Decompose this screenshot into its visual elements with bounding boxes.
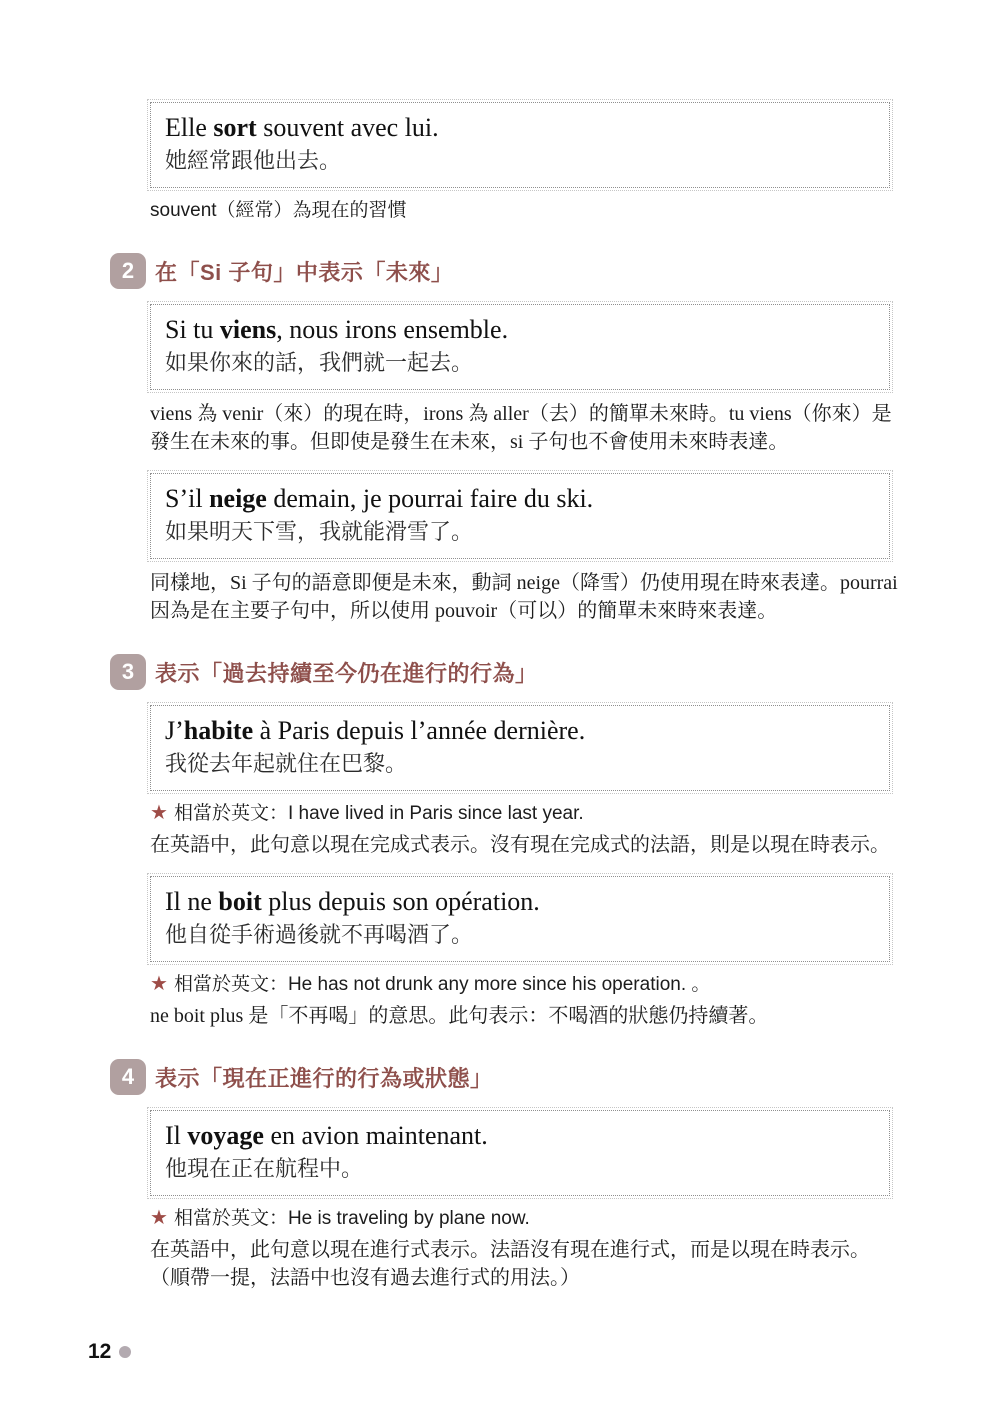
- example-box: S’il neige demain, je pourrai faire du s…: [150, 473, 890, 559]
- example-box: Il voyage en avion maintenant. 他現在正在航程中。: [150, 1110, 890, 1196]
- section-title: 在「Si 子句」中表示「未來」: [155, 256, 453, 287]
- page-number-dot: [119, 1346, 131, 1358]
- grammar-note: viens 為 venir（來）的現在時，irons 為 aller（去）的簡單…: [150, 400, 898, 456]
- french-sentence: Elle sort souvent avec lui.: [165, 111, 873, 145]
- french-sentence: Si tu viens, nous irons ensemble.: [165, 313, 873, 347]
- chinese-translation: 他自從手術過後就不再喝酒了。: [165, 919, 873, 950]
- english-equivalent-line: ★相當於英文：He is traveling by plane now.: [150, 1206, 890, 1231]
- french-pre: Elle: [165, 113, 213, 142]
- grammar-note: 在英語中，此句意以現在進行式表示。法語沒有現在進行式，而是以現在時表示。（順帶一…: [150, 1236, 898, 1292]
- french-verb-bold: neige: [209, 484, 267, 513]
- french-post: plus depuis son opération.: [262, 887, 540, 916]
- equivalent-label: 相當於英文：: [174, 803, 288, 824]
- equivalent-english-text: I have lived in Paris since last year.: [288, 803, 584, 824]
- section-title: 表示「過去持續至今仍在進行的行為」: [155, 657, 538, 688]
- section-number-badge: 3: [110, 654, 146, 690]
- french-pre: S’il: [165, 484, 209, 513]
- example-box: Si tu viens, nous irons ensemble. 如果你來的話…: [150, 304, 890, 390]
- french-verb-bold: voyage: [187, 1121, 264, 1150]
- book-page: Elle sort souvent avec lui. 她經常跟他出去。 sou…: [0, 0, 1000, 1416]
- page-number: 12: [88, 1340, 111, 1364]
- english-equivalent-line: ★相當於英文：He has not drunk any more since h…: [150, 972, 890, 997]
- french-sentence: Il ne boit plus depuis son opération.: [165, 885, 873, 919]
- grammar-note: souvent（經常）為現在的習慣: [150, 198, 890, 224]
- french-verb-bold: habite: [184, 716, 253, 745]
- french-sentence: S’il neige demain, je pourrai faire du s…: [165, 482, 873, 516]
- equivalent-label: 相當於英文：: [174, 1208, 288, 1229]
- chinese-translation: 如果你來的話，我們就一起去。: [165, 347, 873, 378]
- example-box: J’habite à Paris depuis l’année dernière…: [150, 705, 890, 791]
- french-post: souvent avec lui.: [257, 113, 439, 142]
- page-content: Elle sort souvent avec lui. 她經常跟他出去。 sou…: [150, 102, 890, 1292]
- french-sentence: Il voyage en avion maintenant.: [165, 1119, 873, 1153]
- section-heading: 3 表示「過去持續至今仍在進行的行為」: [110, 654, 890, 690]
- equivalent-english-text: He is traveling by plane now.: [288, 1208, 530, 1229]
- french-pre: Il ne: [165, 887, 218, 916]
- english-equivalent-line: ★相當於英文：I have lived in Paris since last …: [150, 801, 890, 826]
- french-pre: Il: [165, 1121, 187, 1150]
- french-verb-bold: viens: [220, 315, 276, 344]
- section-title: 表示「現在正進行的行為或狀態」: [155, 1062, 493, 1093]
- star-icon: ★: [150, 802, 168, 824]
- example-box: Il ne boit plus depuis son opération. 他自…: [150, 876, 890, 962]
- star-icon: ★: [150, 973, 168, 995]
- french-verb-bold: sort: [213, 113, 256, 142]
- equivalent-english-text: He has not drunk any more since his oper…: [288, 974, 710, 995]
- chinese-translation: 他現在正在航程中。: [165, 1153, 873, 1184]
- section-heading: 4 表示「現在正進行的行為或狀態」: [110, 1059, 890, 1095]
- grammar-note: ne boit plus 是「不再喝」的意思。此句表示：不喝酒的狀態仍持續著。: [150, 1002, 898, 1030]
- section-number-badge: 4: [110, 1059, 146, 1095]
- french-post: en avion maintenant.: [264, 1121, 488, 1150]
- chinese-translation: 我從去年起就住在巴黎。: [165, 748, 873, 779]
- example-box: Elle sort souvent avec lui. 她經常跟他出去。: [150, 102, 890, 188]
- chinese-translation: 她經常跟他出去。: [165, 145, 873, 176]
- section-heading: 2 在「Si 子句」中表示「未來」: [110, 253, 890, 289]
- equivalent-label: 相當於英文：: [174, 974, 288, 995]
- french-post: demain, je pourrai faire du ski.: [267, 484, 593, 513]
- french-post: , nous irons ensemble.: [276, 315, 508, 344]
- french-pre: J’: [165, 716, 184, 745]
- star-icon: ★: [150, 1207, 168, 1229]
- page-footer: 12: [88, 1340, 131, 1364]
- grammar-note: 同樣地，Si 子句的語意即便是未來，動詞 neige（降雪）仍使用現在時來表達。…: [150, 569, 898, 625]
- french-post: à Paris depuis l’année dernière.: [253, 716, 585, 745]
- french-verb-bold: boit: [218, 887, 261, 916]
- section-number-badge: 2: [110, 253, 146, 289]
- chinese-translation: 如果明天下雪，我就能滑雪了。: [165, 516, 873, 547]
- french-sentence: J’habite à Paris depuis l’année dernière…: [165, 714, 873, 748]
- french-pre: Si tu: [165, 315, 220, 344]
- grammar-note: 在英語中，此句意以現在完成式表示。沒有現在完成式的法語，則是以現在時表示。: [150, 831, 898, 859]
